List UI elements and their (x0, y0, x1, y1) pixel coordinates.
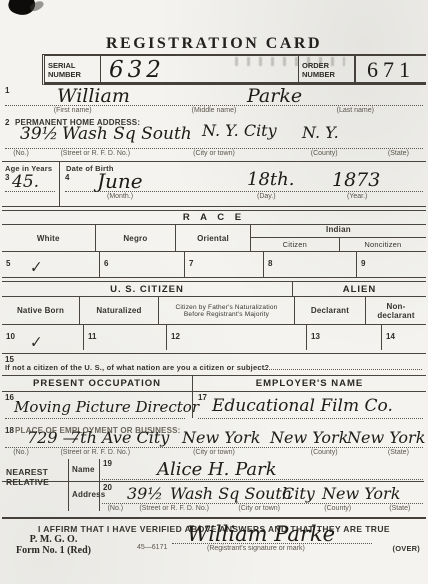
day-caption: (Day.) (257, 193, 276, 200)
dob-month: June (97, 169, 143, 193)
serial-order-row: SERIAL NUMBER 632 ORDER NUMBER 671 (42, 54, 426, 85)
registration-card: REGISTRATION CARD SERIAL NUMBER 632 ORDE… (0, 0, 428, 584)
print-code: 45—6171 (137, 544, 167, 551)
relative-address-label: Address (72, 490, 105, 499)
race-oriental-cell: 7 (185, 252, 264, 277)
race-indian-citizen-header: Citizen (251, 238, 340, 251)
address-no-caption: (No.) (2, 150, 40, 157)
naturalized-header: Naturalized (80, 297, 159, 324)
race-indian-citizen-cell: 8 (264, 252, 357, 277)
native-born-header: Native Born (2, 297, 80, 324)
nation-question-row: 15 If not a citizen of the U. S., of wha… (2, 353, 426, 375)
name-row: 1 William Parke (First name) (Middle nam… (2, 85, 426, 116)
order-number-value: 671 (355, 56, 426, 84)
race-white-cell: 5 ✓ (2, 252, 100, 277)
naturalized-cell: 11 (84, 325, 167, 350)
native-born-cell: 10 ✓ (2, 325, 84, 350)
citizen-by-father-header: Citizen by Father's Naturalization Befor… (159, 297, 295, 324)
race-indian-header: Indian Citizen Noncitizen (251, 225, 426, 251)
middle-name-caption: (Middle name) (143, 107, 284, 114)
race-white-header: White (2, 225, 96, 251)
age-value: 45. (12, 172, 39, 192)
race-indian-noncitizen-cell: 9 (357, 252, 426, 277)
occupation-headers: PRESENT OCCUPATION EMPLOYER'S NAME (2, 375, 426, 391)
address-city-caption: (City or town) (150, 150, 277, 157)
race-table: White Negro Oriental Indian Citizen Nonc… (2, 224, 426, 277)
form-identifier: P. M. G. O. Form No. 1 (Red) (16, 534, 91, 556)
non-declarant-header: Non- declarant (366, 297, 426, 324)
race-oriental-header: Oriental (176, 225, 251, 251)
card-body: SERIAL NUMBER 632 ORDER NUMBER 671 1 Wil… (2, 54, 426, 562)
nearest-relative-label: NEAREST RELATIVE (6, 467, 49, 487)
declarant-cell: 13 (307, 325, 382, 350)
dob-day: 18th. (247, 169, 294, 190)
age-dob-row: Age in Years 3 45. Date of Birth 4 June … (2, 161, 426, 206)
occupation-values-row: 16 Moving Picture Director 17 Educationa… (2, 391, 426, 426)
serial-number-label: SERIAL NUMBER (45, 56, 101, 84)
occupation-value: Moving Picture Director (14, 398, 199, 416)
first-name-caption: (First name) (2, 107, 143, 114)
citizenship-table: Native Born Naturalized Citizen by Fathe… (2, 296, 426, 353)
citizenship-headers: U. S. CITIZEN ALIEN (2, 282, 426, 296)
relative-name-label: Name (72, 465, 95, 474)
address-county-caption: (County) (278, 150, 371, 157)
last-name-caption: (Last name) (285, 107, 426, 114)
address-street-caption: (Street or R. F. D. No.) (40, 150, 150, 157)
relative-name-value: Alice H. Park (157, 459, 277, 480)
us-citizen-header: U. S. CITIZEN (2, 282, 293, 296)
race-negro-header: Negro (96, 225, 177, 251)
home-address-row: 2 PERMANENT HOME ADDRESS: 39½ Wash Sq So… (2, 116, 426, 161)
check-mark-icon: ✓ (30, 332, 43, 352)
dob-year: 1873 (332, 169, 380, 191)
footer-row: P. M. G. O. Form No. 1 (Red) 45—6171 Wil… (2, 532, 426, 562)
month-caption: (Month.) (107, 193, 133, 200)
employment-place-row: 18 PLACE OF EMPLOYMENT OR BUSINESS: 729 … (2, 426, 426, 459)
address-state-caption: (State) (371, 150, 426, 157)
non-declarant-cell: 14 (382, 325, 426, 350)
present-occupation-header: PRESENT OCCUPATION (2, 376, 193, 391)
employer-value: Educational Film Co. (212, 396, 393, 416)
declarant-header: Declarant (295, 297, 366, 324)
faint-stamp (235, 57, 345, 66)
year-caption: (Year.) (347, 193, 367, 200)
alien-header: ALIEN (293, 282, 426, 296)
stamp-area (201, 56, 298, 84)
over-label: (OVER) (393, 544, 420, 553)
serial-number-value: 632 (101, 56, 201, 84)
card-title: REGISTRATION CARD (0, 35, 428, 53)
nation-question-label: If not a citizen of the U. S., of what n… (5, 363, 269, 372)
race-indian-noncitizen-header: Noncitizen (340, 238, 426, 251)
citizen-by-father-cell: 12 (167, 325, 307, 350)
nearest-relative-block: NEAREST RELATIVE Name 19 Alice H. Park A… (2, 459, 426, 517)
employers-name-header: EMPLOYER'S NAME (193, 376, 426, 391)
check-mark-icon: ✓ (30, 257, 43, 277)
race-negro-cell: 6 (100, 252, 185, 277)
race-section-header: R A C E (2, 211, 426, 224)
signature-caption: (Registrant's signature or mark) (207, 545, 305, 552)
